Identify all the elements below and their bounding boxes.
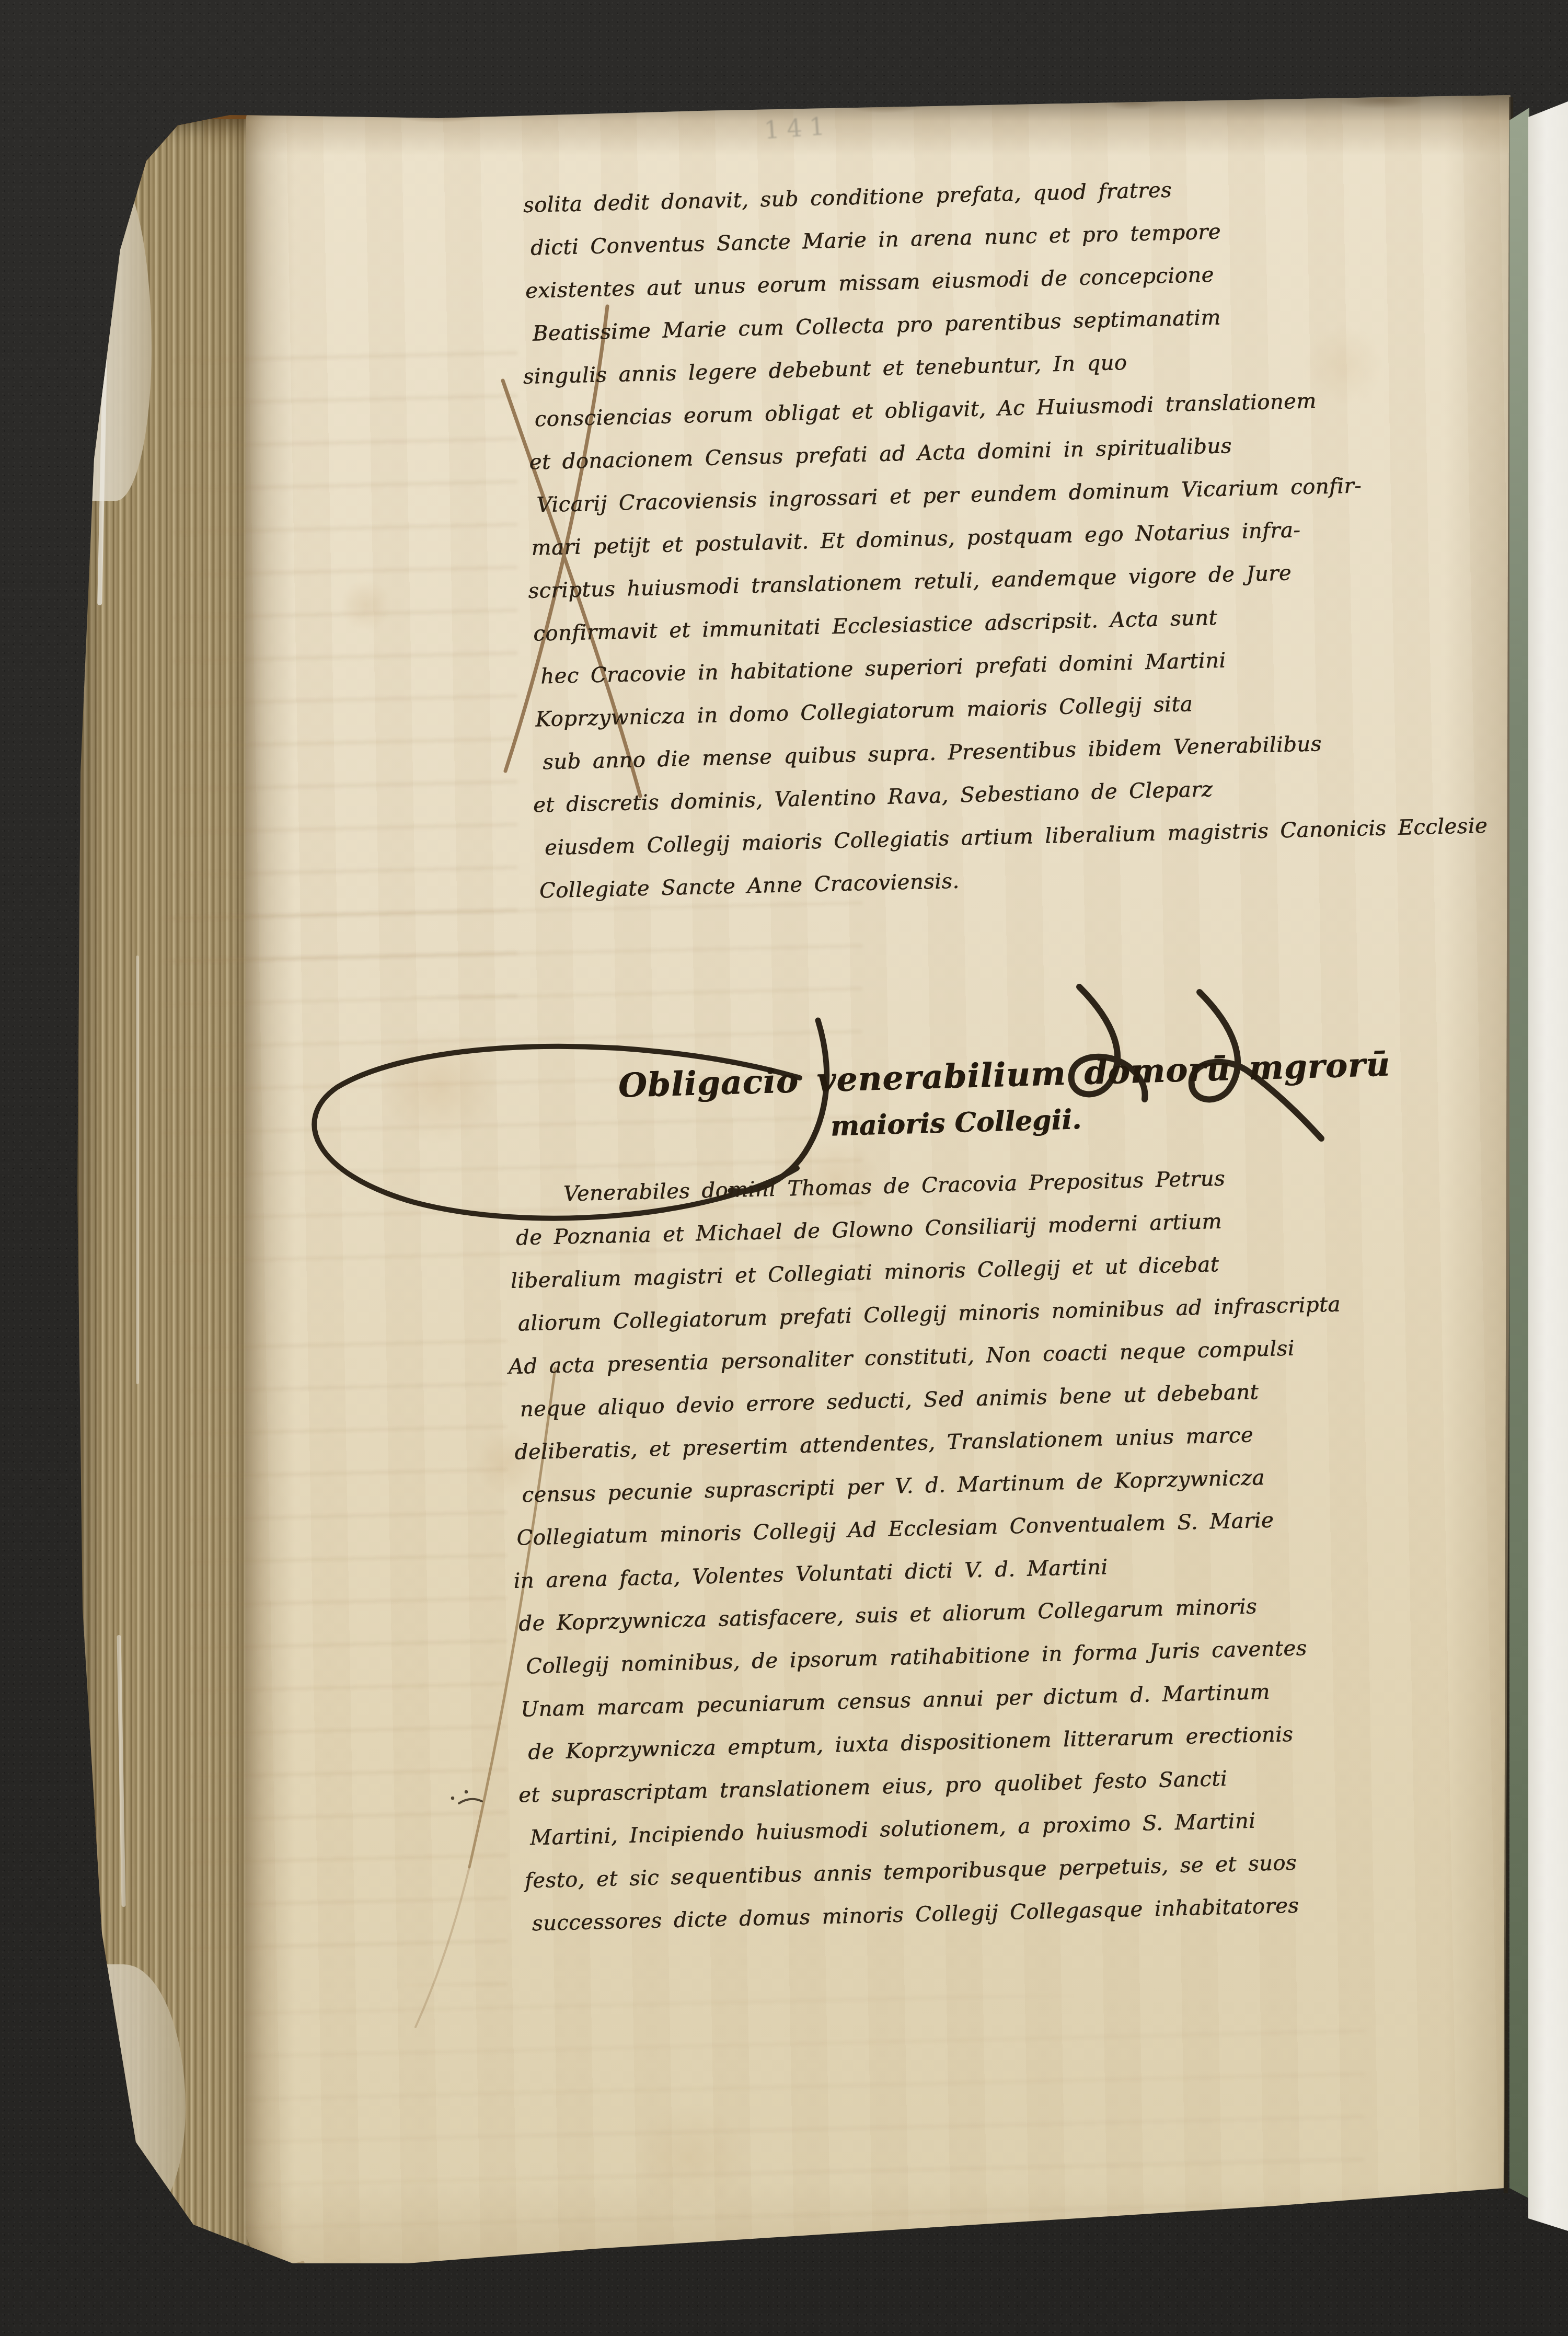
ink-showthrough: [240, 1996, 1364, 2247]
ink-showthrough: [183, 1311, 507, 1985]
open-book: 141 solita dedit donavit, sub c: [73, 93, 1512, 2275]
folio-number-showthrough: 141: [763, 112, 833, 145]
facing-page-sliver: [1528, 99, 1568, 2231]
paragraph-1: solita dedit donavit, sub conditione pre…: [523, 162, 1480, 913]
scanned-manuscript-photo: { "colors": { "scan_background": "#2a292…: [0, 0, 1568, 2336]
book-gutter: [1509, 102, 1529, 2202]
paragraph-2: Venerabiles domini Thomas de Cracovia Pr…: [508, 1152, 1482, 1946]
